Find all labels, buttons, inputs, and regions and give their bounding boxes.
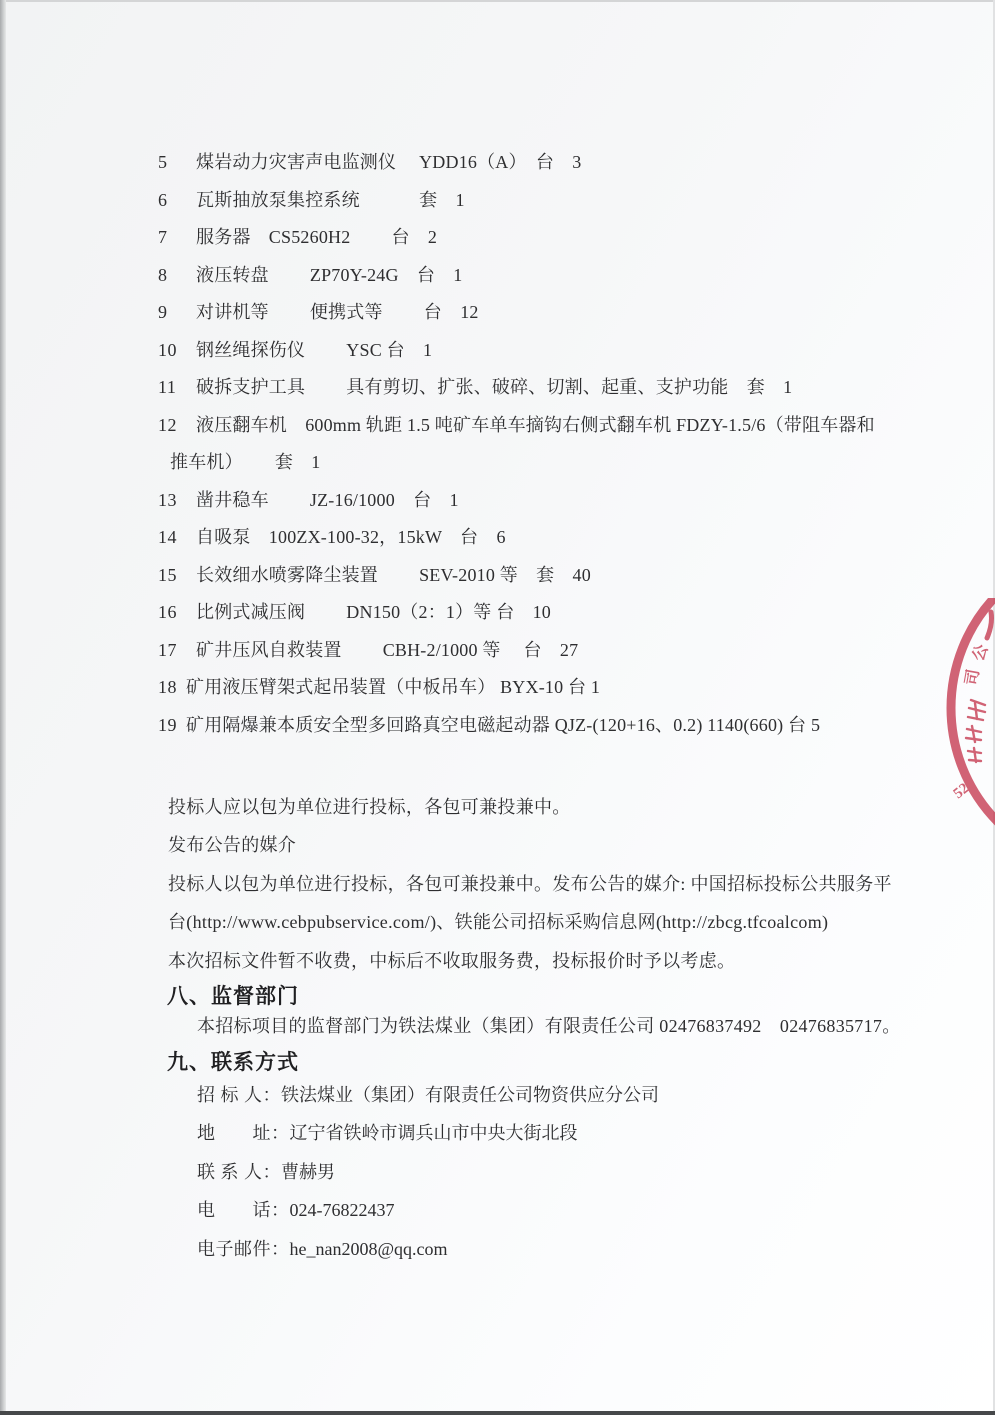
contact-label: 联 系 人： (197, 1162, 281, 1182)
scan-edge-left (0, 0, 6, 1415)
scan-edge-bottom (0, 1411, 995, 1415)
list-item: 10钢丝绳探伤仪 YSC 台 1 (158, 338, 918, 376)
contact-label: 电子邮件： (197, 1239, 290, 1259)
note-line: 台(http://www.cebpubservice.com/)、铁能公司招标采… (168, 910, 888, 948)
contact-label: 地 址： (197, 1123, 290, 1143)
contact-label: 电 话： (197, 1200, 290, 1220)
note-line: 投标人应以包为单位进行投标，各包可兼投兼中。 (168, 795, 888, 833)
item-number: 6 (158, 188, 196, 212)
contact-value: 024-76822437 (290, 1200, 395, 1220)
seal-char: 公 (969, 641, 992, 664)
item-number: 13 (158, 488, 196, 512)
item-text: 矿用隔爆兼本质安全型多回路真空电磁起动器 QJZ-(120+16、0.2) 11… (186, 713, 820, 737)
contact-value: 曹赫男 (281, 1162, 335, 1182)
item-number: 14 (158, 525, 196, 549)
list-item: 5煤岩动力灾害声电监测仪 YDD16（A） 台 3 (158, 150, 918, 188)
item-text: 矿井压风自救装置 CBH-2/1000 等 台 27 (196, 638, 578, 662)
seal-number: 529 (951, 776, 979, 802)
item-number: 11 (158, 375, 196, 399)
item-number: 9 (158, 300, 196, 324)
list-item: 9对讲机等 便携式等 台 12 (158, 300, 918, 338)
list-item: 19矿用隔爆兼本质安全型多回路真空电磁起动器 QJZ-(120+16、0.2) … (158, 713, 918, 751)
item-text: 推车机） 套 1 (170, 450, 321, 474)
item-number: 17 (158, 638, 196, 662)
item-text: 比例式减压阀 DN150（2：1）等 台 10 (196, 600, 551, 624)
item-number: 12 (158, 413, 196, 437)
item-number: 18 (158, 675, 186, 699)
list-item: 17矿井压风自救装置 CBH-2/1000 等 台 27 (158, 638, 918, 676)
note-line: 发布公告的媒介 (168, 833, 888, 871)
seal-arc (951, 598, 995, 826)
list-item: 13凿井稳车 JZ-16/1000 台 1 (158, 488, 918, 526)
section-heading-contact: 九、联系方式 (167, 1046, 299, 1076)
bidding-notes: 投标人应以包为单位进行投标，各包可兼投兼中。 发布公告的媒介 投标人以包为单位进… (168, 795, 888, 987)
scan-edge-top (0, 0, 995, 2)
list-item: 11破拆支护工具 具有剪切、扩张、破碎、切割、起重、支护功能 套 1 (158, 375, 918, 413)
contact-row-email: 电子邮件：he_nan2008@qq.com (197, 1237, 837, 1275)
item-number: 19 (158, 713, 186, 737)
item-text: 破拆支护工具 具有剪切、扩张、破碎、切割、起重、支护功能 套 1 (196, 375, 792, 399)
item-text: 服务器 CS5260H2 台 2 (196, 225, 437, 249)
contact-info: 招 标 人：铁法煤业（集团）有限责任公司物资供应分公司 地 址：辽宁省铁岭市调兵… (197, 1083, 837, 1275)
list-item: 7服务器 CS5260H2 台 2 (158, 225, 918, 263)
note-line: 投标人以包为单位进行投标，各包可兼投兼中。发布公告的媒介: 中国招标投标公共服务… (168, 872, 888, 910)
item-text: 对讲机等 便携式等 台 12 (196, 300, 479, 324)
list-item: 8液压转盘 ZP70Y-24G 台 1 (158, 263, 918, 301)
item-number: 16 (158, 600, 196, 624)
item-number: 10 (158, 338, 196, 362)
item-text: 钢丝绳探伤仪 YSC 台 1 (196, 338, 432, 362)
seal-illegible-marks (966, 612, 992, 762)
contact-row-person: 联 系 人：曹赫男 (197, 1160, 837, 1198)
list-item: 6瓦斯抽放泵集控系统 套 1 (158, 188, 918, 226)
contact-row-phone: 电 话：024-76822437 (197, 1198, 837, 1236)
list-item: 14自吸泵 100ZX-100-32，15kW 台 6 (158, 525, 918, 563)
contact-label: 招 标 人： (197, 1085, 281, 1105)
item-text: 长效细水喷雾降尘装置 SEV-2010 等 套 40 (196, 563, 591, 587)
item-text: 矿用液压臂架式起吊装置（中板吊车） BYX-10 台 1 (186, 675, 600, 699)
seal-char: 司 (961, 668, 982, 687)
list-item: 18矿用液压臂架式起吊装置（中板吊车） BYX-10 台 1 (158, 675, 918, 713)
contact-value: 辽宁省铁岭市调兵山市中央大街北段 (290, 1123, 578, 1143)
item-number: 5 (158, 150, 196, 174)
contact-row-bidder: 招 标 人：铁法煤业（集团）有限责任公司物资供应分公司 (197, 1083, 837, 1121)
contact-row-address: 地 址：辽宁省铁岭市调兵山市中央大街北段 (197, 1121, 837, 1159)
equipment-list: 5煤岩动力灾害声电监测仪 YDD16（A） 台 3 6瓦斯抽放泵集控系统 套 1… (158, 150, 918, 750)
item-text: 凿井稳车 JZ-16/1000 台 1 (196, 488, 459, 512)
list-item-continuation: 推车机） 套 1 (158, 450, 918, 488)
list-item: 16比例式减压阀 DN150（2：1）等 台 10 (158, 600, 918, 638)
list-item: 15长效细水喷雾降尘装置 SEV-2010 等 套 40 (158, 563, 918, 601)
item-text: 液压转盘 ZP70Y-24G 台 1 (196, 263, 463, 287)
scanned-document-page: 5煤岩动力灾害声电监测仪 YDD16（A） 台 3 6瓦斯抽放泵集控系统 套 1… (0, 0, 995, 1415)
item-number: 7 (158, 225, 196, 249)
item-number: 8 (158, 263, 196, 287)
contact-value: 铁法煤业（集团）有限责任公司物资供应分公司 (281, 1085, 659, 1105)
supervision-body: 本招标项目的监督部门为铁法煤业（集团）有限责任公司 02476837492 02… (197, 1014, 901, 1039)
item-number: 15 (158, 563, 196, 587)
item-text: 煤岩动力灾害声电监测仪 YDD16（A） 台 3 (196, 150, 582, 174)
item-text: 液压翻车机 600mm 轨距 1.5 吨矿车单车摘钩右侧式翻车机 FDZY-1.… (196, 413, 875, 437)
item-text: 自吸泵 100ZX-100-32，15kW 台 6 (196, 525, 506, 549)
item-text: 瓦斯抽放泵集控系统 套 1 (196, 188, 465, 212)
official-seal-stamp-partial: 公 司 529 (935, 598, 995, 826)
section-heading-supervision: 八、监督部门 (167, 980, 299, 1010)
list-item: 12液压翻车机 600mm 轨距 1.5 吨矿车单车摘钩右侧式翻车机 FDZY-… (158, 413, 918, 451)
contact-value: he_nan2008@qq.com (290, 1239, 448, 1259)
